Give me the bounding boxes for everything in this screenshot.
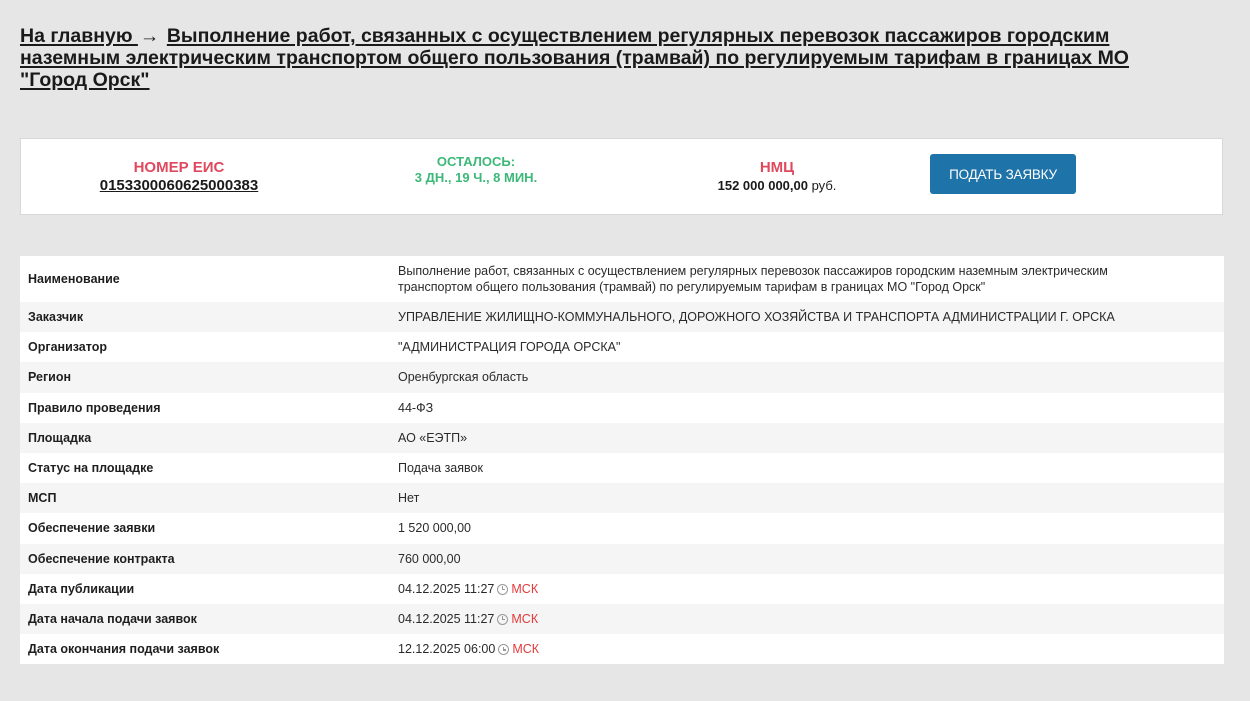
table-row: Дата начала подачи заявок 04.12.2025 11:…: [20, 604, 1224, 634]
row-label: Наименование: [20, 256, 398, 302]
clock-icon: [497, 614, 508, 625]
eis-label: НОМЕР ЕИС: [79, 159, 279, 177]
time-remaining-block: ОСТАЛОСЬ: 3 ДН., 19 Ч., 8 МИН.: [376, 154, 576, 186]
nmc-amount: 152 000 000,00: [718, 178, 808, 193]
timezone-label: МСК: [511, 582, 538, 596]
table-row: Правило проведения 44-ФЗ: [20, 393, 1224, 423]
table-row: Площадка АО «ЕЭТП»: [20, 423, 1224, 453]
page-title: На главную → Выполнение работ, связанных…: [20, 25, 1200, 91]
nmc-label: НМЦ: [677, 159, 877, 177]
tender-summary-panel: НОМЕР ЕИС 0153300060625000383 ОСТАЛОСЬ: …: [20, 138, 1223, 215]
table-row: МСП Нет: [20, 483, 1224, 513]
row-value: Нет: [398, 483, 1224, 513]
nmc-block: НМЦ 152 000 000,00 руб.: [677, 159, 877, 194]
tender-details-table: Наименование Выполнение работ, связанных…: [20, 256, 1224, 664]
row-label: Площадка: [20, 423, 398, 453]
row-value: Оренбургская область: [398, 362, 1224, 392]
table-row: Статус на площадке Подача заявок: [20, 453, 1224, 483]
remaining-value: 3 ДН., 19 Ч., 8 МИН.: [376, 170, 576, 186]
table-row: Регион Оренбургская область: [20, 362, 1224, 392]
row-label: Статус на площадке: [20, 453, 398, 483]
breadcrumb-separator: →: [138, 25, 162, 47]
row-label: Организатор: [20, 332, 398, 362]
timezone-label: МСК: [511, 612, 538, 626]
row-value: Подача заявок: [398, 453, 1224, 483]
row-value: АО «ЕЭТП»: [398, 423, 1224, 453]
row-label: Правило проведения: [20, 393, 398, 423]
row-value: 12.12.2025 06:00МСК: [398, 634, 1224, 664]
breadcrumb-current-link[interactable]: Выполнение работ, связанных с осуществле…: [20, 25, 1129, 91]
row-label: Дата начала подачи заявок: [20, 604, 398, 634]
row-value: 04.12.2025 11:27МСК: [398, 604, 1224, 634]
row-value: 760 000,00: [398, 544, 1224, 574]
table-row: Наименование Выполнение работ, связанных…: [20, 256, 1224, 302]
row-label: МСП: [20, 483, 398, 513]
clock-icon: [498, 644, 509, 655]
row-value: 44-ФЗ: [398, 393, 1224, 423]
eis-block: НОМЕР ЕИС 0153300060625000383: [79, 159, 279, 195]
row-label: Обеспечение заявки: [20, 513, 398, 543]
application-start-date: 04.12.2025 11:27: [398, 612, 494, 626]
row-value: УПРАВЛЕНИЕ ЖИЛИЩНО-КОММУНАЛЬНОГО, ДОРОЖН…: [398, 302, 1224, 332]
table-row: Дата окончания подачи заявок 12.12.2025 …: [20, 634, 1224, 664]
row-label: Дата публикации: [20, 574, 398, 604]
row-label: Заказчик: [20, 302, 398, 332]
table-row: Обеспечение контракта 760 000,00: [20, 544, 1224, 574]
row-value: "АДМИНИСТРАЦИЯ ГОРОДА ОРСКА": [398, 332, 1224, 362]
timezone-label: МСК: [512, 642, 539, 656]
row-value: Выполнение работ, связанных с осуществле…: [398, 256, 1224, 302]
application-end-date: 12.12.2025 06:00: [398, 642, 495, 656]
table-row: Организатор "АДМИНИСТРАЦИЯ ГОРОДА ОРСКА": [20, 332, 1224, 362]
table-row: Заказчик УПРАВЛЕНИЕ ЖИЛИЩНО-КОММУНАЛЬНОГ…: [20, 302, 1224, 332]
remaining-label: ОСТАЛОСЬ:: [376, 154, 576, 170]
submit-application-button[interactable]: ПОДАТЬ ЗАЯВКУ: [930, 154, 1076, 194]
publication-date: 04.12.2025 11:27: [398, 582, 494, 596]
row-value: 1 520 000,00: [398, 513, 1224, 543]
row-label: Обеспечение контракта: [20, 544, 398, 574]
nmc-currency: руб.: [808, 178, 836, 193]
row-value: 04.12.2025 11:27МСК: [398, 574, 1224, 604]
clock-icon: [497, 584, 508, 595]
row-label: Регион: [20, 362, 398, 392]
nmc-value: 152 000 000,00 руб.: [677, 177, 877, 194]
breadcrumb-home-link[interactable]: На главную: [20, 25, 138, 47]
table-row: Обеспечение заявки 1 520 000,00: [20, 513, 1224, 543]
table-row: Дата публикации 04.12.2025 11:27МСК: [20, 574, 1224, 604]
eis-number-link[interactable]: 0153300060625000383: [100, 177, 259, 195]
row-label: Дата окончания подачи заявок: [20, 634, 398, 664]
